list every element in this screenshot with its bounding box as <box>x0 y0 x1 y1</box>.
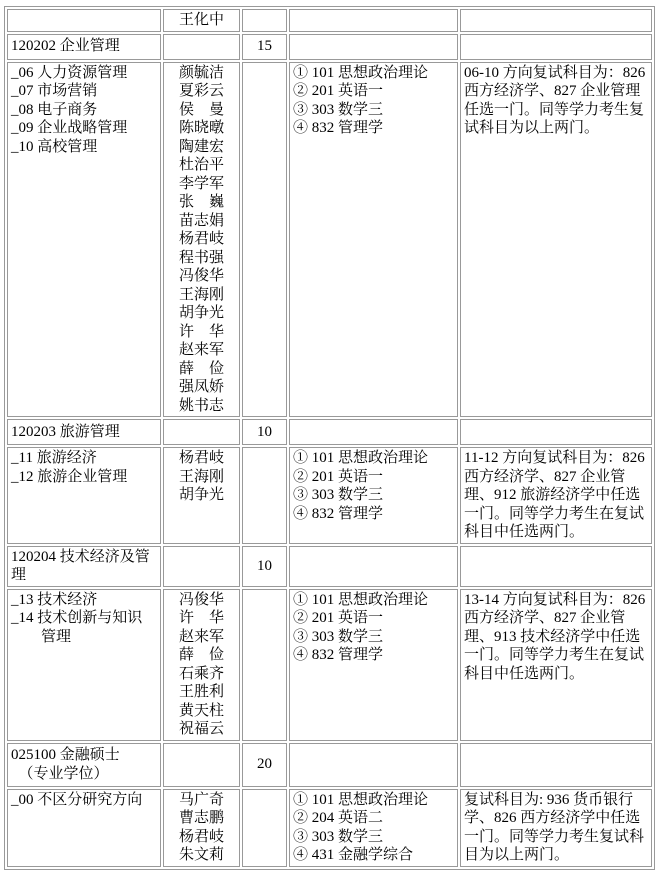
quota-cell: 10 <box>242 419 287 445</box>
advisors-cell: 马广奇 曹志鹏 杨君岐 朱文莉 <box>163 789 240 867</box>
table-row: 120204 技术经济及管理 10 <box>7 546 652 587</box>
table-row: _13 技术经济 _14 技术创新与知识 管理 冯俊华 许 华 赵来军 薛 俭 … <box>7 589 652 741</box>
table-row: _06 人力资源管理 _07 市场营销 _08 电子商务 _09 企业战略管理 … <box>7 62 652 418</box>
subjects-cell: ① 101 思想政治理论 ② 201 英语一 ③ 303 数学三 ④ 832 管… <box>289 447 458 544</box>
note-cell <box>460 546 652 587</box>
advisors-cell <box>163 419 240 445</box>
quota-cell: 10 <box>242 546 287 587</box>
quota-cell <box>242 62 287 418</box>
note-cell: 复试科目为: 936 货币银行学、826 西方经济学中任选一门。同等学力考生复试… <box>460 789 652 867</box>
quota-cell <box>242 589 287 741</box>
table-row: 王化中 <box>7 9 652 32</box>
advisors-cell <box>163 34 240 60</box>
program-cell: 120204 技术经济及管理 <box>7 546 161 587</box>
subjects-cell <box>289 743 458 787</box>
subjects-cell <box>289 419 458 445</box>
program-cell: 120202 企业管理 <box>7 34 161 60</box>
table-row: 120202 企业管理 15 <box>7 34 652 60</box>
subjects-cell <box>289 546 458 587</box>
note-cell <box>460 34 652 60</box>
subjects-cell <box>289 34 458 60</box>
note-cell: 11-12 方向复试科目为：826 西方经济学、827 企业管理、912 旅游经… <box>460 447 652 544</box>
page: 王化中 120202 企业管理 15 _06 人力资源管理 _07 市场营销 _… <box>0 0 659 875</box>
advisors-cell: 杨君岐 王海刚 胡争光 <box>163 447 240 544</box>
advisors-cell: 冯俊华 许 华 赵来军 薛 俭 石乘齐 王胜利 黄天柱 祝福云 <box>163 589 240 741</box>
note-cell <box>460 419 652 445</box>
subjects-cell: ① 101 思想政治理论 ② 204 英语二 ③ 303 数学三 ④ 431 金… <box>289 789 458 867</box>
quota-cell: 20 <box>242 743 287 787</box>
program-cell: 120203 旅游管理 <box>7 419 161 445</box>
table-row: _00 不区分研究方向 马广奇 曹志鹏 杨君岐 朱文莉 ① 101 思想政治理论… <box>7 789 652 867</box>
advisors-cell: 王化中 <box>163 9 240 32</box>
table-row: 025100 金融硕士 （专业学位） 20 <box>7 743 652 787</box>
quota-cell: 15 <box>242 34 287 60</box>
program-cell: _00 不区分研究方向 <box>7 789 161 867</box>
admissions-table: 王化中 120202 企业管理 15 _06 人力资源管理 _07 市场营销 _… <box>4 6 655 870</box>
note-cell <box>460 743 652 787</box>
note-cell: 06-10 方向复试科目为：826 西方经济学、827 企业管理任选一门。同等学… <box>460 62 652 418</box>
table-row: 120203 旅游管理 10 <box>7 419 652 445</box>
subjects-cell: ① 101 思想政治理论 ② 201 英语一 ③ 303 数学三 ④ 832 管… <box>289 589 458 741</box>
advisors-cell: 颜毓洁 夏彩云 侯 曼 陈晓暾 陶建宏 杜治平 李学军 张 巍 苗志娟 杨君岐 … <box>163 62 240 418</box>
program-cell <box>7 9 161 32</box>
subjects-cell: ① 101 思想政治理论 ② 201 英语一 ③ 303 数学三 ④ 832 管… <box>289 62 458 418</box>
quota-cell <box>242 447 287 544</box>
program-cell: _06 人力资源管理 _07 市场营销 _08 电子商务 _09 企业战略管理 … <box>7 62 161 418</box>
note-cell <box>460 9 652 32</box>
program-cell: _11 旅游经济 _12 旅游企业管理 <box>7 447 161 544</box>
note-cell: 13-14 方向复试科目为：826 西方经济学、827 企业管理、913 技术经… <box>460 589 652 741</box>
quota-cell <box>242 9 287 32</box>
quota-cell <box>242 789 287 867</box>
table-row: _11 旅游经济 _12 旅游企业管理 杨君岐 王海刚 胡争光 ① 101 思想… <box>7 447 652 544</box>
program-cell: 025100 金融硕士 （专业学位） <box>7 743 161 787</box>
program-cell: _13 技术经济 _14 技术创新与知识 管理 <box>7 589 161 741</box>
advisors-cell <box>163 743 240 787</box>
advisors-cell <box>163 546 240 587</box>
subjects-cell <box>289 9 458 32</box>
